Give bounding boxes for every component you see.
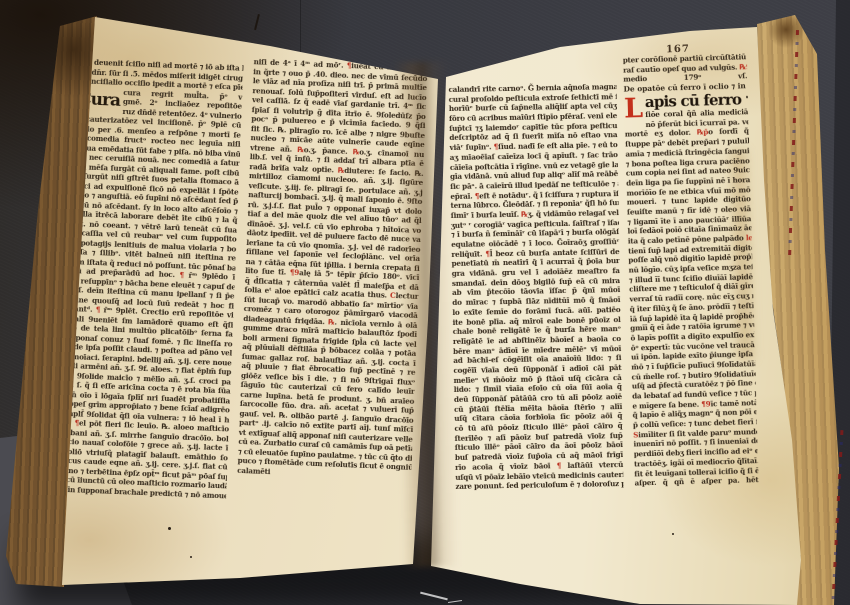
right-col2-rubric: pter corōſionē partiū circūſtātiū: ſz eū… [623,52,748,85]
right-page-text: calandrī rite carnoᵒ. G̃ bernia aq̄noſa … [448,53,758,538]
ink-dot [190,556,192,558]
ink-dot [672,533,674,535]
ink-dot [168,527,171,530]
right-col2-body: ſiōe coral q̃ñ alia mediciānō p̄ferūt bi… [624,107,759,488]
red-lombard-initial: L [624,96,644,123]
right-col1-body: calandrī rite carnoᵒ. G̃ bernia aq̄noſa … [448,82,623,492]
photo-of-open-book: raro deuenit ſciſio niſi ad mortē ⁊ iō a… [0,0,850,605]
left-page-text: raro deuenit ſciſio niſi ad mortē ⁊ iō a… [57,50,430,540]
gutter-shadow [393,61,460,567]
right-column-2: pter corōſionē partiū circūſtātiū: ſz eū… [623,52,760,507]
right-column-1: calandrī rite carnoᵒ. G̃ bernia aq̄noſa … [448,55,624,537]
